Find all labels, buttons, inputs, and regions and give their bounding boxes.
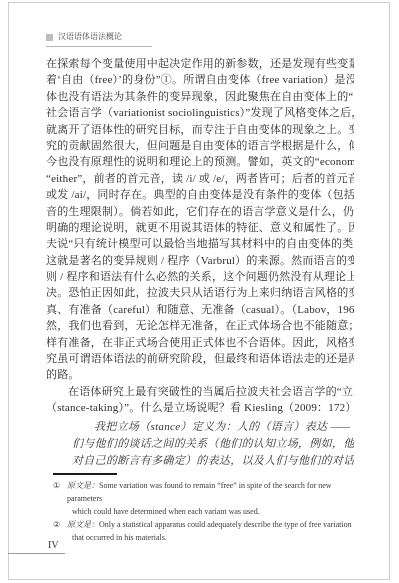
footnote-separator bbox=[53, 473, 117, 475]
text-line: 这就是著名的变异规则 / 程序（Varbrul）的来源。然而语言的变异规 bbox=[46, 253, 354, 269]
text-line: 就离开了语体性的研究目标，而专注于自由变体的现象之上。变异研 bbox=[46, 122, 354, 138]
text-line: 然，我们也看到，无论怎样无准备，在正式体场合也不能随意；无论怎 bbox=[46, 318, 354, 334]
footnotes: ① 原文是：Some variation was found to remain… bbox=[53, 479, 355, 544]
text-line: 在语体研究上最有突破性的当属后拉波夫社会语言学的“立场说 bbox=[46, 384, 354, 400]
text-line: 究虽可谓语体语法的前研究阶段，但最终和语体语法走的还是两条不同 bbox=[46, 351, 354, 367]
footnote-label: 原文是： bbox=[67, 520, 99, 529]
text-line: 体也没有语法为其条件的变异现象，因此聚焦在自由变体上的“变异派 bbox=[46, 89, 354, 105]
text-line: 样有准备，在非正式场合使用正式体也不合语体。因此，风格变异的研 bbox=[46, 335, 354, 351]
running-header: 汉语语体语法概论 bbox=[46, 32, 152, 47]
footnote-marker: ① bbox=[53, 479, 67, 518]
quote-line: 对自己的断言有多确定）的表达，以及人们与他们的对话者 bbox=[72, 453, 354, 470]
footnote-original: Some variation was found to remain “free… bbox=[67, 481, 332, 503]
text-line: 夫说“只有统计模型可以最恰当地描写其材料中的自由变体的类型”②， bbox=[46, 236, 354, 252]
quote-line: 我把立场（stance）定义为：人的（语言）表达 —— 人 bbox=[72, 419, 354, 436]
text-line: 的路。 bbox=[46, 367, 354, 383]
footnote-item: ① 原文是：Some variation was found to remain… bbox=[53, 479, 355, 518]
footnote-continuation: which could have determined when each va… bbox=[72, 505, 355, 518]
footer-rule bbox=[8, 553, 65, 554]
text-line: 在探索每个变量使用中起决定作用的新参数，还是发现有些变量保持 bbox=[46, 56, 354, 72]
text-line: 决。恐怕正因如此，拉波夫只从话语行为上来归纳语言风格的变异：认 bbox=[46, 285, 354, 301]
book-page: { "header": { "title": "汉语语体语法概论" }, "co… bbox=[0, 0, 399, 583]
text-line: 着‘自由（free）’的身份”①。所谓自由变体（free variation）是… bbox=[46, 72, 354, 88]
footnote-continuation: that occurred in his materials. bbox=[72, 531, 355, 544]
text-line: 真、有准备（careful）和随意、无准备（casual）。（Labov，196… bbox=[46, 302, 354, 318]
footnote-body: 原文是：Some variation was found to remain “… bbox=[67, 479, 355, 518]
footnote-original: Only a statistical apparatus could adequ… bbox=[99, 520, 352, 529]
text-line: 今也没有原理性的说明和理论上的预测。譬如，英文的“economy”和 bbox=[46, 154, 354, 170]
page-number: IV bbox=[48, 540, 59, 552]
footnote-text: 原文是：Some variation was found to remain “… bbox=[67, 481, 332, 503]
footnote-text: 原文是：Only a statistical apparatus could a… bbox=[67, 520, 352, 529]
text-line: “either”，前者的首元音，读 /i/ 或 /e/，两者皆可；后者的首元音，… bbox=[46, 171, 354, 187]
footnote-item: ② 原文是：Only a statistical apparatus could… bbox=[53, 518, 355, 544]
text-line: 或发 /ai/，同时存在。典型的自由变体是没有条件的变体（包括没有发 bbox=[46, 187, 354, 203]
footnote-label: 原文是： bbox=[67, 481, 99, 490]
text-line: 则 / 程序和语法有什么必然的关系，这个问题仍然没有从理论上得到解 bbox=[46, 269, 354, 285]
footnote-body: 原文是：Only a statistical apparatus could a… bbox=[67, 518, 355, 544]
quote-line: 们与他们的谈话之间的关系（他们的认知立场，例如，他们 bbox=[72, 436, 354, 453]
text-line: （stance-taking）”。什么是立场说呢？看 Kiesling（2009… bbox=[46, 400, 354, 416]
text-line: 究的贡献固然很大，但问题是自由变体的语言学根据是什么，似乎至 bbox=[46, 138, 354, 154]
body-text: 在探索每个变量使用中起决定作用的新参数，还是发现有些变量保持 着‘自由（free… bbox=[46, 56, 354, 417]
text-line: 音的生理限制）。倘若如此，它们存在的语言学意义是什么，仍然没有 bbox=[46, 204, 354, 220]
text-line: 明确的理论说明，就更不用说其语体的特征、意义和属性了。因此拉波 bbox=[46, 220, 354, 236]
block-quote: 我把立场（stance）定义为：人的（语言）表达 —— 人 们与他们的谈话之间的… bbox=[72, 419, 354, 471]
header-square-icon bbox=[46, 34, 53, 41]
running-header-title: 汉语语体语法概论 bbox=[58, 32, 122, 42]
text-line: 社会语言学（variationist sociolinguistics）”发现了… bbox=[46, 105, 354, 121]
